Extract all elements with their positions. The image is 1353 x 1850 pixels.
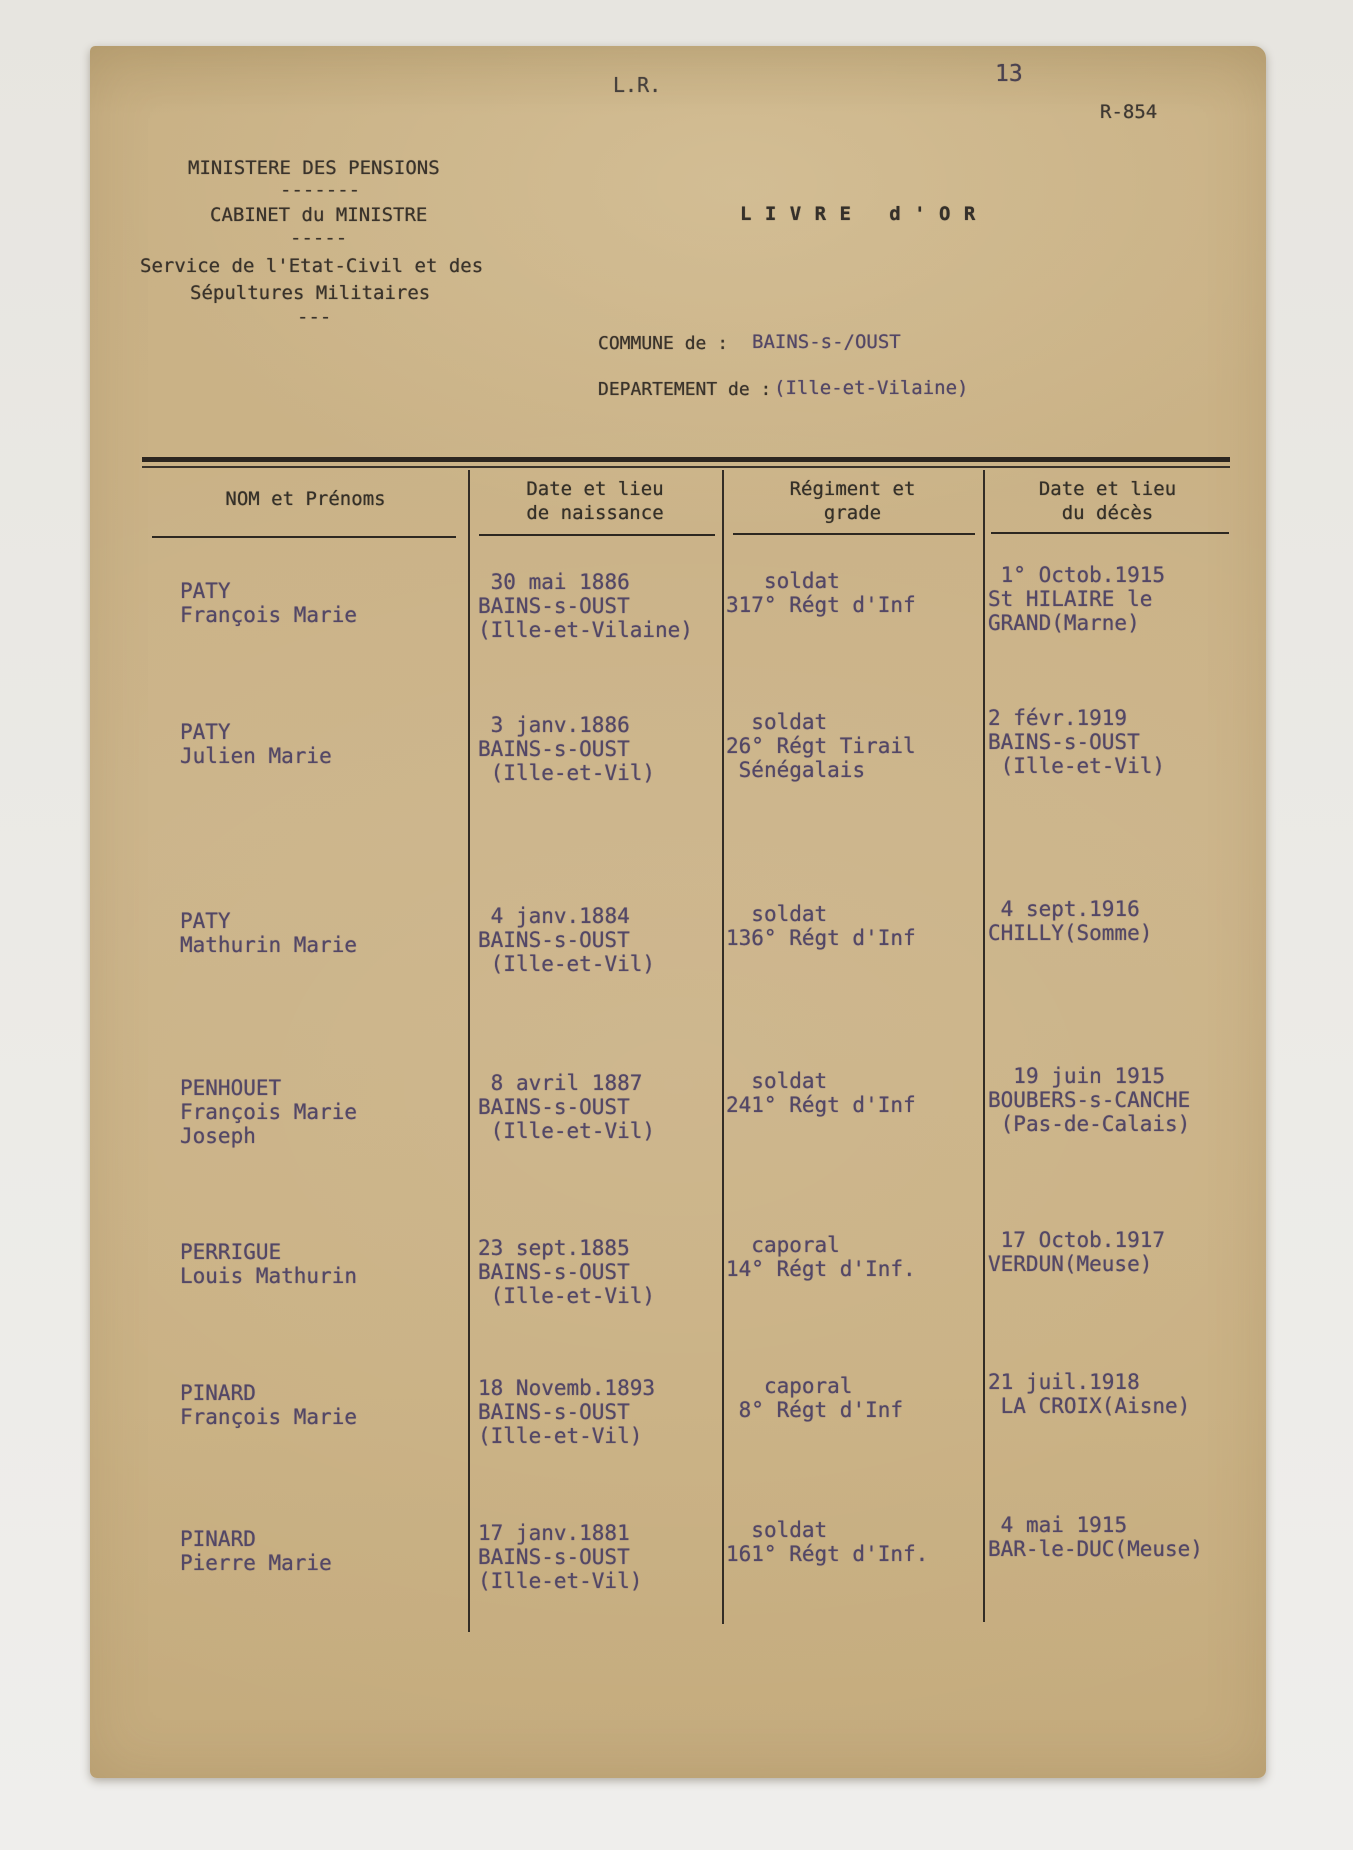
row2-birth-cell: 3 janv.1886 BAINS-s-OUST (Ille-et-Vil) — [478, 713, 655, 785]
reference-number: R-854 — [1100, 101, 1157, 123]
page-number: 13 — [995, 61, 1023, 87]
table-column-divider-1 — [468, 470, 470, 1632]
service-line-2: Sépultures Militaires — [190, 281, 430, 305]
separator-dashes: ------- — [280, 178, 360, 202]
column-header-name: NOM et Prénoms — [143, 487, 468, 511]
scan-background: L.R. 13 R-854 MINISTERE DES PENSIONS ---… — [0, 0, 1353, 1850]
row6-name-cell: PINARD François Marie — [180, 1381, 357, 1429]
row4-name-cell: PENHOUET François Marie Joseph — [180, 1076, 357, 1148]
row3-regiment-cell: soldat 136° Régt d'Inf — [726, 902, 916, 950]
document-page: L.R. 13 R-854 MINISTERE DES PENSIONS ---… — [90, 46, 1266, 1778]
row2-name-cell: PATY Julien Marie — [180, 720, 332, 768]
row6-birth-cell: 18 Novemb.1893 BAINS-s-OUST (Ille-et-Vil… — [478, 1376, 655, 1448]
header-underline-4 — [991, 532, 1229, 534]
separator-dashes: ----- — [290, 226, 347, 250]
document-title: L I V R E d ' O R — [740, 203, 976, 225]
row5-name-cell: PERRIGUE Louis Mathurin — [180, 1240, 357, 1288]
cabinet-line: CABINET du MINISTRE — [210, 203, 427, 227]
row1-birth-cell: 30 mai 1886 BAINS-s-OUST (Ille-et-Vilain… — [478, 570, 693, 642]
ministry-name: MINISTERE DES PENSIONS — [188, 156, 440, 180]
row1-name-cell: PATY François Marie — [180, 579, 357, 627]
departement-label: DEPARTEMENT de : — [598, 379, 771, 400]
table-column-divider-3 — [983, 470, 985, 1622]
row4-regiment-cell: soldat 241° Régt d'Inf — [726, 1069, 916, 1117]
row3-death-cell: 4 sept.1916 CHILLY(Somme) — [988, 897, 1152, 945]
row2-regiment-cell: soldat 26° Régt Tirail Sénégalais — [726, 710, 916, 782]
row1-death-cell: 1° Octob.1915 St HILAIRE le GRAND(Marne) — [988, 563, 1165, 635]
row2-death-cell: 2 févr.1919 BAINS-s-OUST (Ille-et-Vil) — [988, 706, 1165, 778]
column-header-birth: Date et lieu de naissance — [468, 477, 722, 525]
column-header-regiment: Régiment et grade — [722, 477, 983, 525]
row4-death-cell: 19 juin 1915 BOUBERS-s-CANCHE (Pas-de-Ca… — [988, 1064, 1190, 1136]
row5-birth-cell: 23 sept.1885 BAINS-s-OUST (Ille-et-Vil) — [478, 1236, 655, 1308]
header-underline-3 — [733, 533, 975, 535]
row7-death-cell: 4 mai 1915 BAR-le-DUC(Meuse) — [988, 1513, 1203, 1561]
row1-regiment-cell: soldat 317° Régt d'Inf — [726, 569, 916, 617]
commune-label: COMMUNE de : — [598, 333, 728, 354]
row6-death-cell: 21 juil.1918 LA CROIX(Aisne) — [988, 1370, 1190, 1418]
row3-birth-cell: 4 janv.1884 BAINS-s-OUST (Ille-et-Vil) — [478, 904, 655, 976]
row7-name-cell: PINARD Pierre Marie — [180, 1527, 332, 1575]
row5-death-cell: 17 Octob.1917 VERDUN(Meuse) — [988, 1228, 1165, 1276]
table-column-divider-2 — [722, 470, 724, 1624]
service-line-1: Service de l'Etat-Civil et des — [140, 254, 483, 278]
row6-regiment-cell: caporal 8° Régt d'Inf — [726, 1374, 903, 1422]
header-underline-1 — [152, 536, 456, 538]
row7-regiment-cell: soldat 161° Régt d'Inf. — [726, 1518, 928, 1566]
row4-birth-cell: 8 avril 1887 BAINS-s-OUST (Ille-et-Vil) — [478, 1071, 655, 1143]
table-top-rule — [142, 457, 1230, 468]
row3-name-cell: PATY Mathurin Marie — [180, 909, 357, 957]
departement-value: (Ille-et-Vilaine) — [774, 376, 968, 400]
header-underline-2 — [479, 534, 715, 536]
commune-value: BAINS-s-/OUST — [752, 330, 901, 354]
row5-regiment-cell: caporal 14° Régt d'Inf. — [726, 1233, 916, 1281]
classification-mark: L.R. — [613, 73, 661, 97]
column-header-death: Date et lieu du décès — [983, 477, 1232, 525]
row7-birth-cell: 17 janv.1881 BAINS-s-OUST (Ille-et-Vil) — [478, 1521, 642, 1593]
separator-dashes: --- — [297, 305, 331, 329]
